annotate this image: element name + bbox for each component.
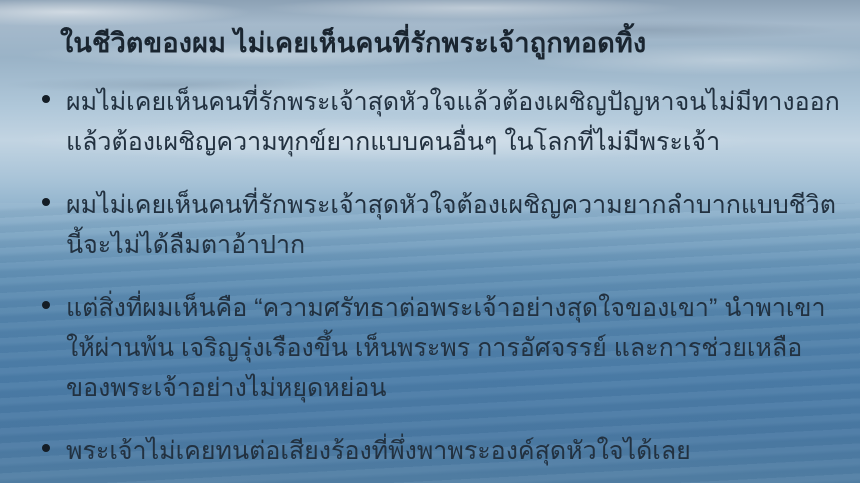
presentation-slide: ในชีวิตของผม ไม่เคยเห็นคนที่รักพระเจ้าถู… [0,0,860,483]
bullet-3-line-3: ของพระเจ้าอย่างไม่หยุดหย่อน [66,368,830,408]
bullet-item-1: ผมไม่เคยเห็นคนที่รักพระเจ้าสุดหัวใจแล้วต… [40,82,830,162]
bullet-3-line-2: ให้ผ่านพ้น เจริญรุ่งเรืองขึ้น เห็นพระพร … [66,328,830,368]
bullet-1-line-2: แล้วต้องเผชิญความทุกข์ยากแบบคนอื่นๆ ในโล… [66,122,830,162]
bullet-dot-icon [42,95,50,103]
bullet-item-2: ผมไม่เคยเห็นคนที่รักพระเจ้าสุดหัวใจต้องเ… [40,185,830,265]
bullet-1-line-1: ผมไม่เคยเห็นคนที่รักพระเจ้าสุดหัวใจแล้วต… [66,82,830,122]
bullet-dot-icon [42,444,50,452]
slide-title: ในชีวิตของผม ไม่เคยเห็นคนที่รักพระเจ้าถู… [60,22,830,64]
bullet-dot-icon [42,301,50,309]
bullet-dot-icon [42,198,50,206]
bullet-item-3: แต่สิ่งที่ผมเห็นคือ “ความศรัทธาต่อพระเจ้… [40,288,830,408]
bullet-4-line-1: พระเจ้าไม่เคยทนต่อเสียงร้องที่พึ่งพาพระอ… [66,431,830,471]
bullet-3-line-1: แต่สิ่งที่ผมเห็นคือ “ความศรัทธาต่อพระเจ้… [66,288,830,328]
bullet-2-line-2: นี้จะไม่ได้ลืมตาอ้าปาก [66,225,830,265]
bullet-list: ผมไม่เคยเห็นคนที่รักพระเจ้าสุดหัวใจแล้วต… [40,82,830,471]
bullet-item-4: พระเจ้าไม่เคยทนต่อเสียงร้องที่พึ่งพาพระอ… [40,431,830,471]
slide-content: ในชีวิตของผม ไม่เคยเห็นคนที่รักพระเจ้าถู… [0,0,860,471]
bullet-2-line-1: ผมไม่เคยเห็นคนที่รักพระเจ้าสุดหัวใจต้องเ… [66,185,830,225]
